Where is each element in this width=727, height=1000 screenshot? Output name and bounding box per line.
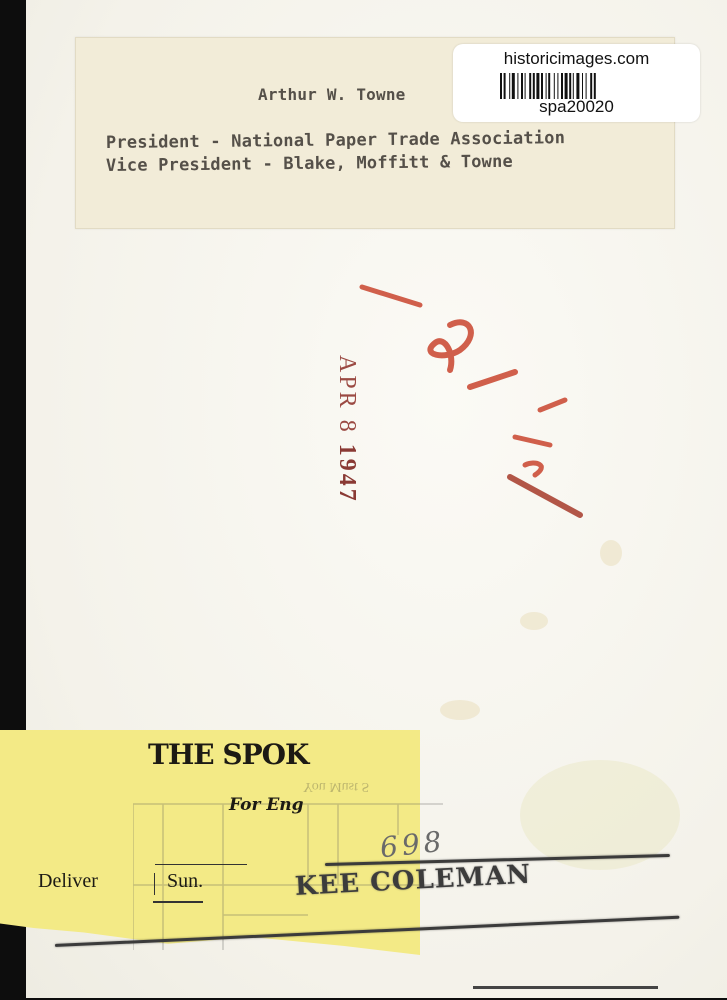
- stain: [520, 612, 548, 630]
- sticker-id-text: spa20020: [453, 97, 700, 117]
- stain: [600, 540, 622, 566]
- handwritten-number: 698: [378, 825, 447, 865]
- newspaper-title: THE SPOK: [148, 738, 308, 771]
- rule: [154, 873, 155, 895]
- stamp-month-day: APR 8: [334, 355, 360, 435]
- barcode-sticker: historicimages.com spa20020: [453, 44, 700, 122]
- received-date-stamp: APR 8 1947: [333, 355, 360, 504]
- deliver-label: Deliver: [38, 870, 98, 893]
- stamp-year: 1947: [334, 444, 360, 504]
- newspaper-subtitle: For Eng: [229, 795, 304, 815]
- barcode-icon: [500, 73, 653, 99]
- ghost-text: You Must S: [303, 778, 369, 794]
- stain: [440, 700, 480, 720]
- pencil-date-marks: [350, 275, 610, 535]
- caption-line-2: Vice President - Blake, Moffitt & Towne: [106, 152, 513, 176]
- sun-label: Sun.: [167, 870, 203, 893]
- rule: [155, 864, 247, 865]
- subject-name: Arthur W. Towne: [258, 85, 406, 104]
- sticker-site-text: historicimages.com: [453, 49, 700, 69]
- rule: [153, 901, 203, 903]
- caption-line-1: President - National Paper Trade Associa…: [106, 128, 565, 153]
- rule: [473, 986, 658, 989]
